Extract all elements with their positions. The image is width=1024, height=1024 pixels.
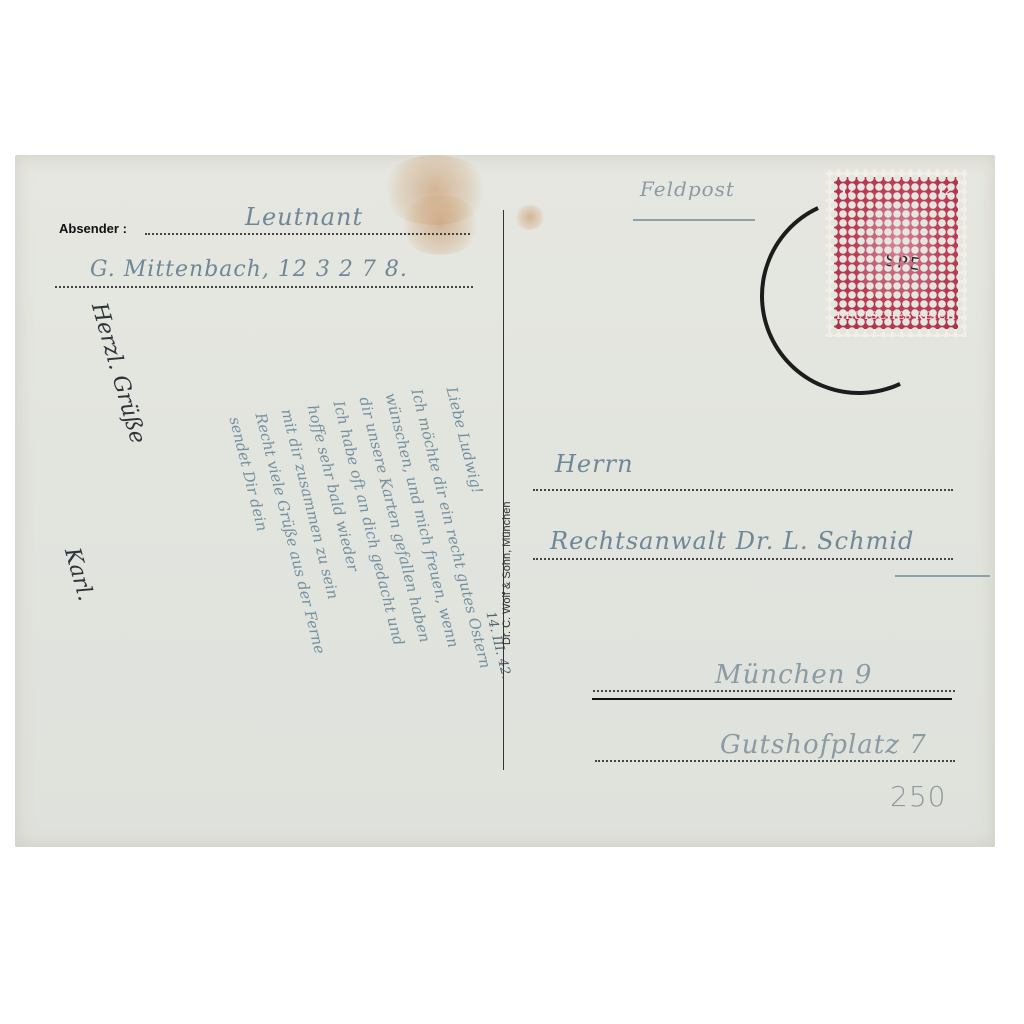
recipient-street: Gutshofplatz 7 (720, 730, 927, 760)
sender-rank: Leutnant (245, 203, 363, 231)
stamp-value-right: 12 (937, 183, 952, 200)
sender-address: G. Mittenbach, 12 3 2 7 8. (90, 257, 408, 282)
recipient-salutation: Herrn (555, 450, 634, 478)
address-line-4 (595, 760, 955, 762)
publisher-imprint: Dr. C. Wolf & Sohn, München (501, 502, 513, 645)
address-line-2 (533, 558, 953, 560)
stamp-face: 12 12 DEUTSCHES REICH (834, 177, 958, 329)
recipient-city: München 9 (715, 660, 872, 690)
message-salutation: Liebe Ludwig! (443, 385, 487, 495)
pencil-price-note: 250 (890, 780, 946, 813)
signature: Karl. (59, 545, 98, 604)
feldpost-annotation: Feldpost (640, 177, 735, 201)
postage-stamp: 12 12 DEUTSCHES REICH (825, 169, 967, 337)
feldpost-underline (633, 219, 755, 221)
postcard: Absender : Leutnant G. Mittenbach, 12 3 … (15, 155, 995, 847)
foxing-stain (515, 205, 545, 230)
stamp-inscription: DEUTSCHES REICH (834, 308, 958, 323)
sender-label: Absender : (59, 221, 127, 236)
address-line-3 (593, 690, 955, 692)
closing-greeting: Herzl. Grüße (86, 300, 150, 447)
foxing-stain (400, 195, 480, 255)
city-underline (592, 698, 952, 700)
stamp-portrait (860, 203, 934, 295)
recipient-name: Rechtsanwalt Dr. L. Schmid (550, 527, 914, 555)
address-line-1 (533, 489, 953, 491)
stamp-value-left: 12 (840, 183, 855, 200)
sender-line-1 (145, 233, 470, 235)
name-underline (895, 575, 990, 577)
card-divider (503, 210, 504, 770)
sender-line-2 (55, 286, 473, 288)
